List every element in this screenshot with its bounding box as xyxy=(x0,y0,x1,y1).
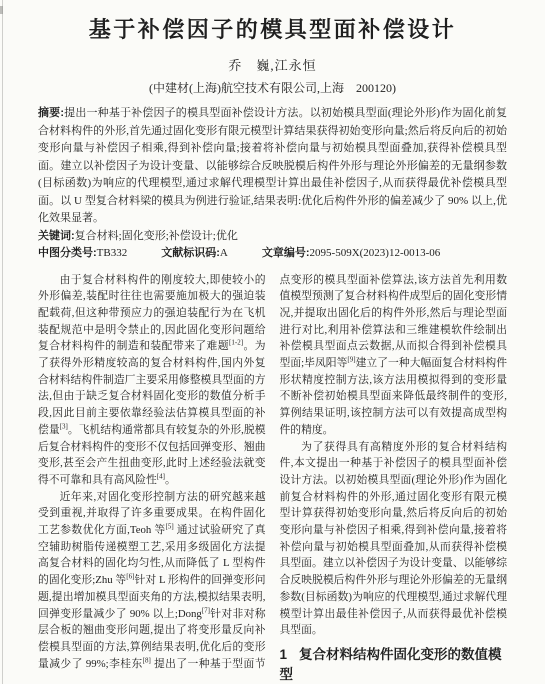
clc-value: TB332 xyxy=(97,247,128,259)
abstract-block: 摘要:提出一种基于补偿因子的模具型面补偿设计方法。以初始模具型面(理论外形)作为… xyxy=(38,105,507,228)
paper-page: 基于补偿因子的模具型面补偿设计 乔 巍,江永恒 (中建材(上海)航空技术有限公司… xyxy=(0,0,545,684)
keywords-line: 关键词:复合材料;固化变形;补偿设计;优化 xyxy=(38,228,507,246)
pubmeta-line: 中图分类号:TB332 文献标识码:A 文章编号:2095-509X(2023)… xyxy=(38,245,507,263)
body-paragraph-1: 由于复合材料构件的刚度较大,即使较小的外形偏差,装配时往往也需要施加极大的强迫装… xyxy=(38,272,266,489)
paper-header: 基于补偿因子的模具型面补偿设计 乔 巍,江永恒 (中建材(上海)航空技术有限公司… xyxy=(0,0,545,96)
clc-item: 中图分类号:TB332 xyxy=(38,245,127,263)
scan-edge-line xyxy=(2,0,3,684)
clc-label: 中图分类号: xyxy=(38,247,97,259)
doc-code-item: 文献标识码:A xyxy=(161,245,228,263)
article-no-value: 2095-509X(2023)12-0013-06 xyxy=(310,247,441,259)
scan-corner-speck xyxy=(0,6,3,14)
abstract-label: 摘要: xyxy=(38,107,64,119)
section-title: 复合材料结构件固化变形的数值模型 xyxy=(280,647,502,682)
section-heading: 1复合材料结构件固化变形的数值模型 xyxy=(280,645,508,684)
affiliation-line: (中建材(上海)航空技术有限公司,上海 200120) xyxy=(0,79,545,96)
keywords-label: 关键词: xyxy=(38,230,75,242)
authors-line: 乔 巍,江永恒 xyxy=(0,55,545,74)
front-matter: 摘要:提出一种基于补偿因子的模具型面补偿设计方法。以初始模具型面(理论外形)作为… xyxy=(38,105,507,263)
section-number: 1 xyxy=(280,647,288,662)
article-no-label: 文章编号: xyxy=(262,247,310,259)
article-no-item: 文章编号:2095-509X(2023)12-0013-06 xyxy=(262,245,440,263)
body-paragraph-3: 为了获得具有高精度外形的复合材料结构件,本文提出一种基于补偿因子的模具型面补偿设… xyxy=(280,439,508,639)
doc-code-label: 文献标识码: xyxy=(161,247,220,259)
keywords-text: 复合材料;固化变形;补偿设计;优化 xyxy=(75,230,238,242)
abstract-text: 提出一种基于补偿因子的模具型面补偿设计方法。以初始模具型面(理论外形)作为固化前… xyxy=(38,107,507,224)
doc-code-value: A xyxy=(220,247,228,259)
body-columns: 由于复合材料构件的刚度较大,即使较小的外形偏差,装配时往往也需要施加极大的强迫装… xyxy=(38,272,507,684)
paper-title: 基于补偿因子的模具型面补偿设计 xyxy=(0,13,545,44)
